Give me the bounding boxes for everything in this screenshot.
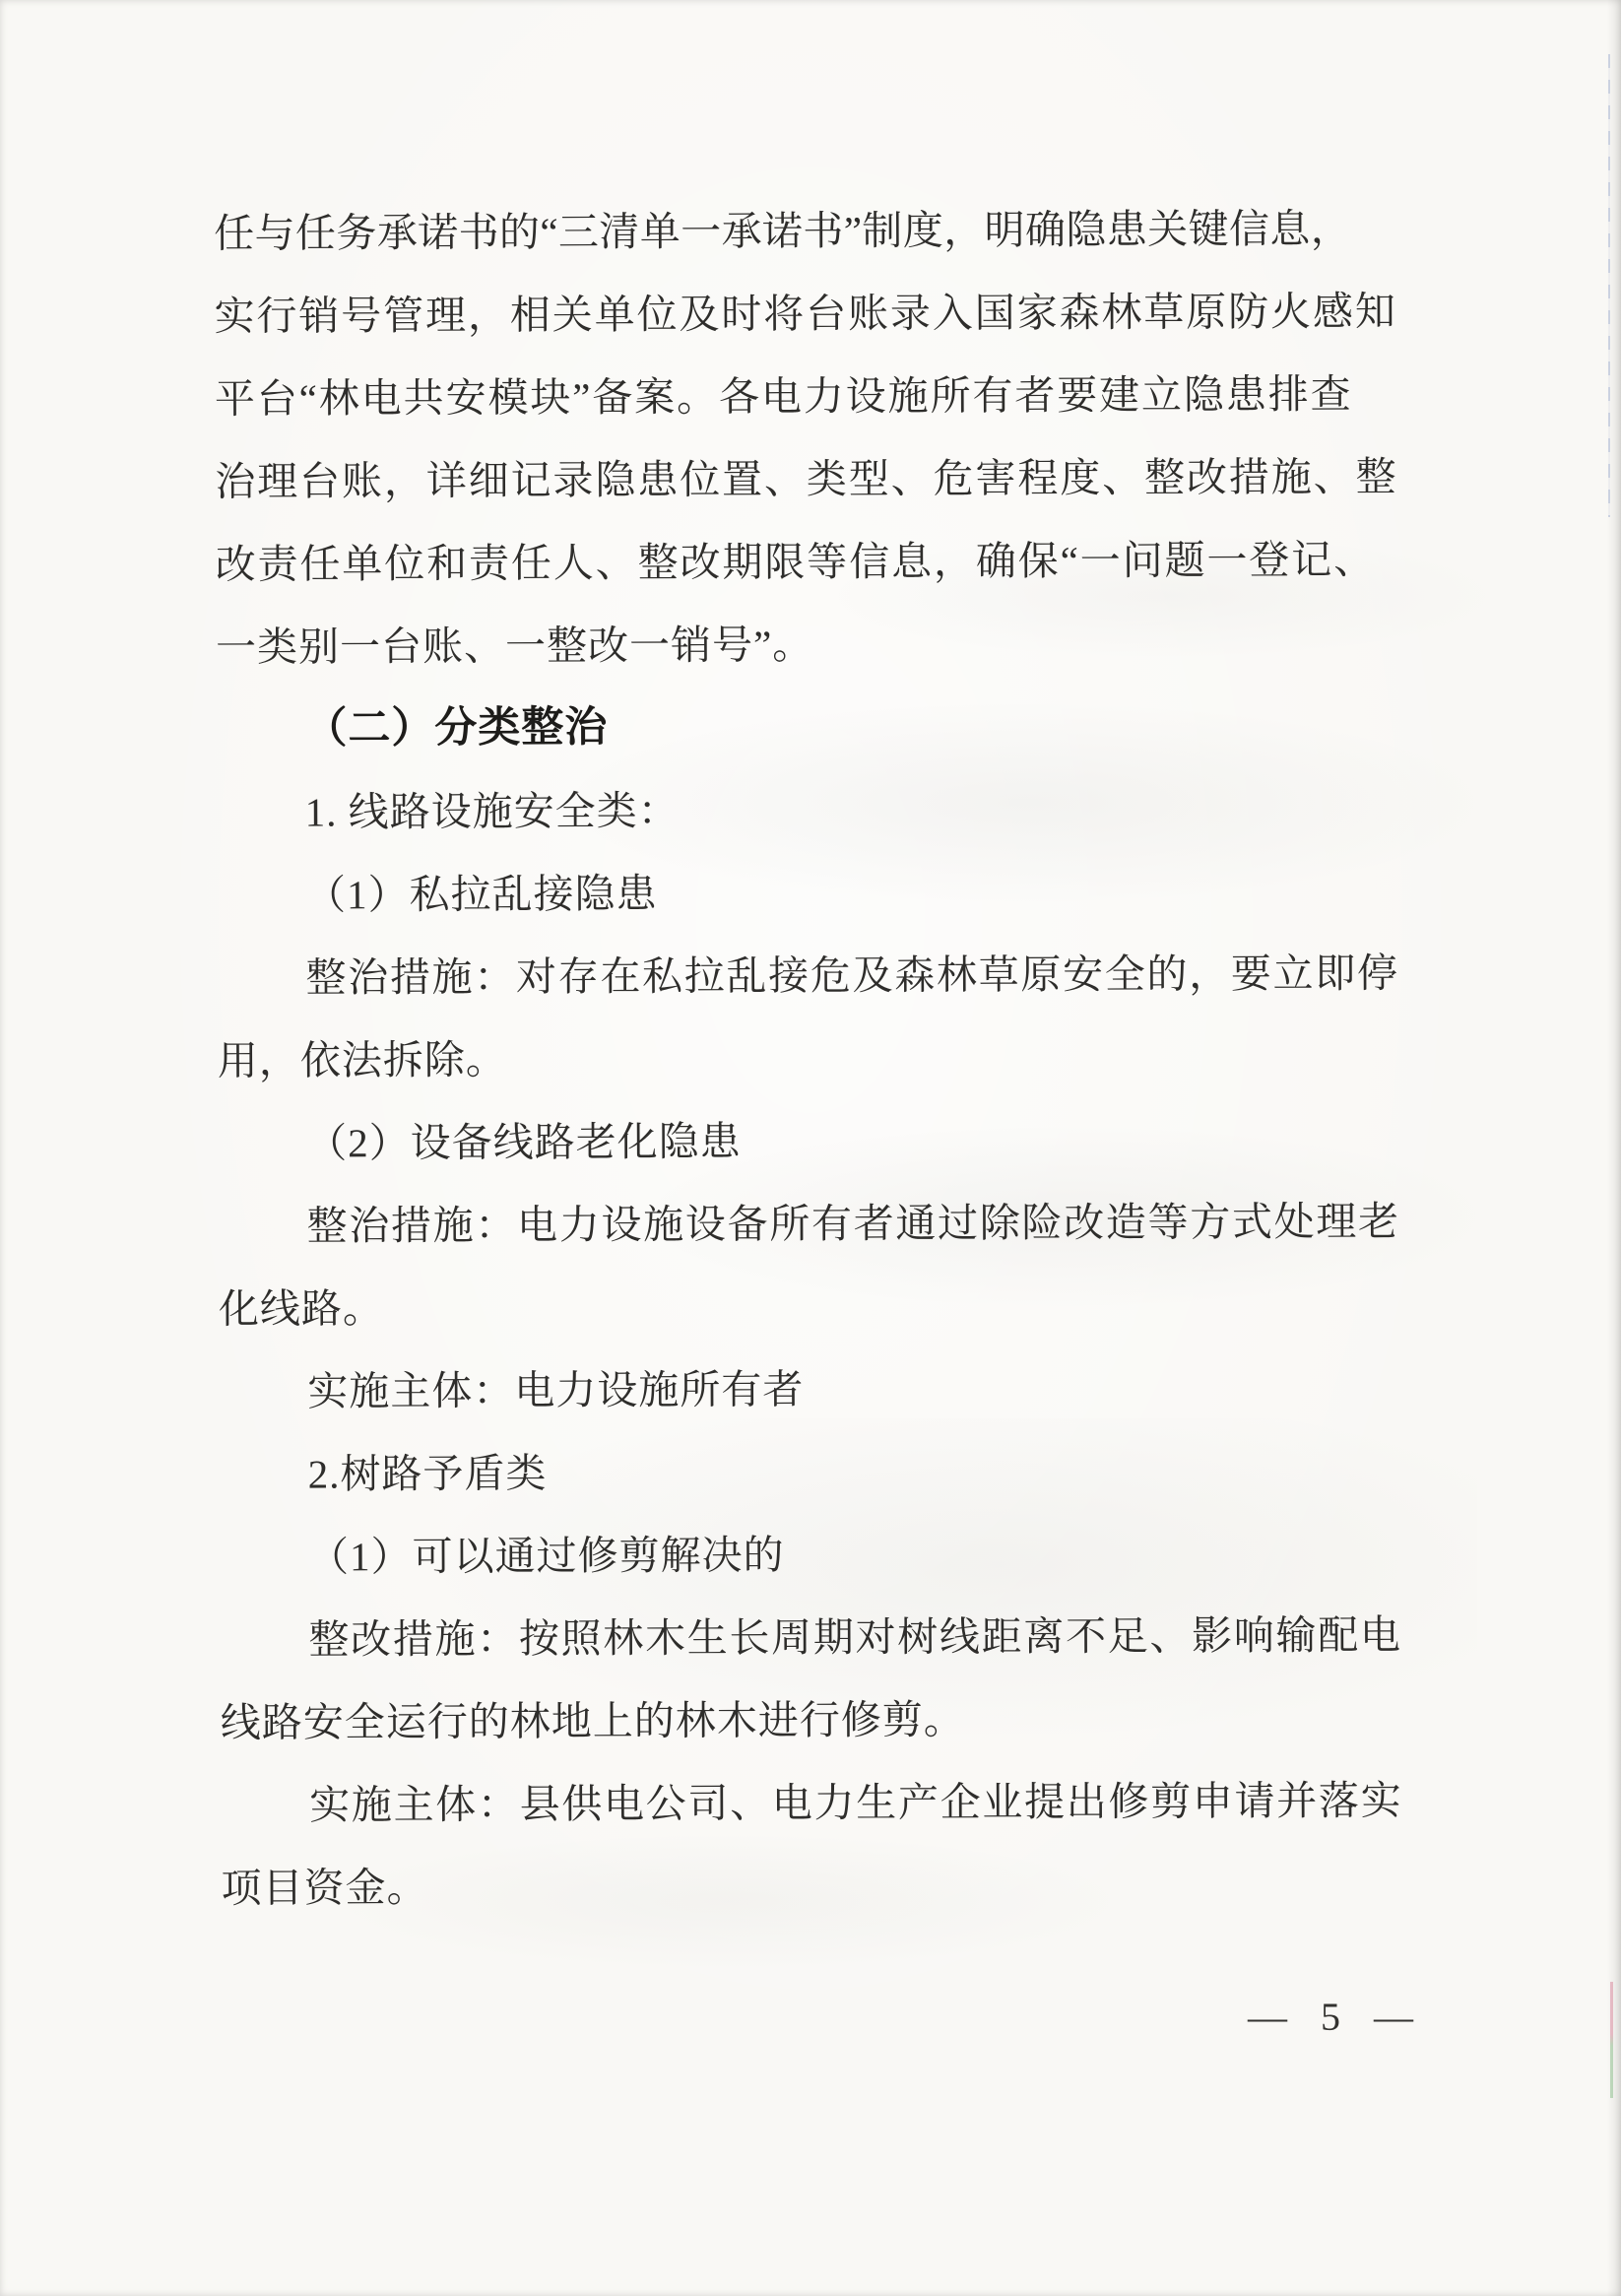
paragraph-line: 一类别一台账、一整改一销号”。 [216,601,1397,689]
paragraph-line: 线路安全运行的林地上的林木进行修剪。 [221,1676,1402,1764]
scan-edge-color-line-top [1608,54,1610,517]
paragraph-line: 实施主体：电力设施所有者 [219,1345,1400,1433]
sub-item-heading: （1）可以通过修剪解决的 [220,1511,1401,1599]
numbered-item-heading: 1. 线路设施安全类： [217,766,1398,854]
sub-item-heading: （2）设备线路老化隐患 [218,1097,1399,1185]
paragraph-line: 实行销号管理，相关单位及时将台账录入国家森林草原防火感知 [214,270,1395,358]
paragraph-line: 整治措施：对存在私拉乱接危及森林草原安全的，要立即停 [217,932,1398,1019]
paragraph-line: 项目资金。 [221,1842,1402,1930]
numbered-item-heading: 2.树路予盾类 [219,1428,1400,1516]
paragraph-line: 整改措施：按照林木生长周期对树线距离不足、影响输配电 [220,1594,1401,1681]
paragraph-line: 整治措施：电力设施设备所有者通过除险改造等方式处理老 [218,1180,1399,1268]
scan-edge-color-line-bottom [1610,1982,1613,2098]
document-text-block: 任与任务承诺书的“三清单一承诺书”制度，明确隐患关键信息， 实行销号管理，相关单… [214,187,1403,1930]
paragraph-line: 平台“林电共安模块”备案。各电力设施所有者要建立隐患排查 [215,353,1396,440]
paragraph-line: 改责任单位和责任人、整改期限等信息，确保“一问题一登记、 [215,518,1396,606]
document-page: 任与任务承诺书的“三清单一承诺书”制度，明确隐患关键信息， 实行销号管理，相关单… [0,0,1621,2296]
page-number: — 5 — [1248,1994,1419,2040]
paragraph-line: 任与任务承诺书的“三清单一承诺书”制度，明确隐患关键信息， [214,187,1395,275]
paragraph-line: 用，依法拆除。 [218,1015,1399,1102]
sub-item-heading: （1）私拉乱接隐患 [217,849,1398,937]
paragraph-line: 化线路。 [219,1263,1400,1350]
paragraph-line: 实施主体：县供电公司、电力生产企业提出修剪申请并落实 [221,1759,1402,1847]
section-heading: （二）分类整治 [216,684,1397,771]
paragraph-line: 治理台账，详细记录隐患位置、类型、危害程度、整改措施、整 [215,435,1396,523]
